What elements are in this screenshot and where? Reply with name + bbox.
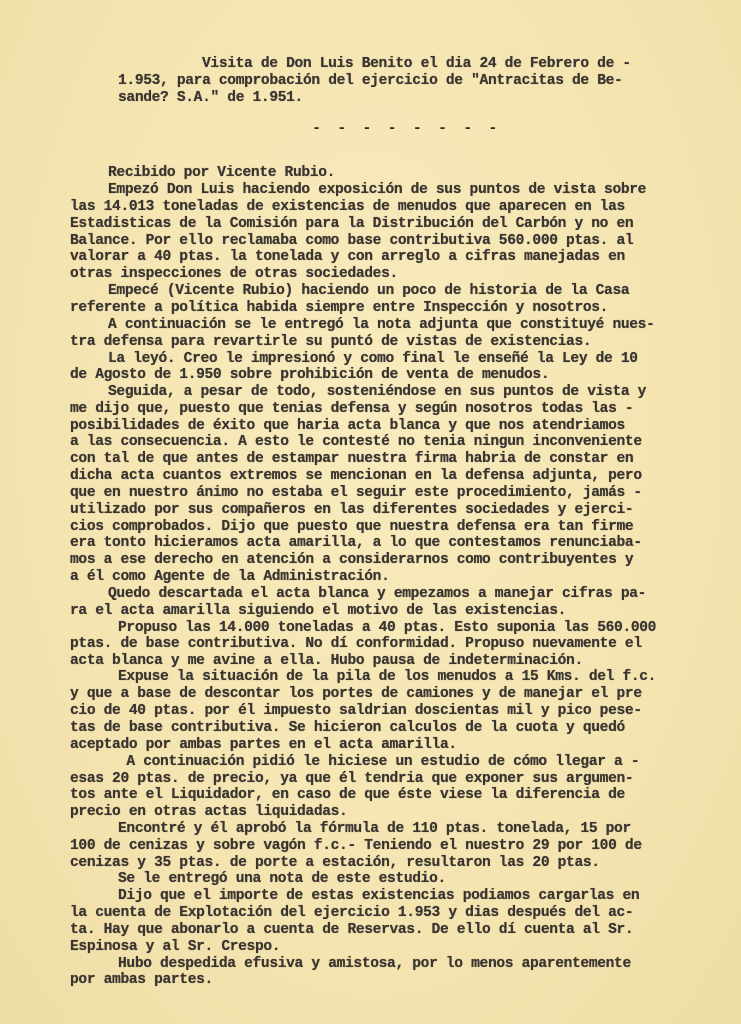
body-line: la cuenta de Explotación del ejercicio 1… xyxy=(70,905,633,921)
body-line: por ambas partes. xyxy=(70,972,213,988)
body-line: acta blanca y me avine a ella. Hubo paus… xyxy=(70,653,583,669)
body-line: tra defensa para revartirle su puntó de … xyxy=(70,334,591,350)
heading-line-3: sande? S.A." de 1.951. xyxy=(118,90,303,106)
body-line: me dijo que, puesto que tenias defensa y… xyxy=(70,401,633,417)
body-line: Expuse la situación de la pila de los me… xyxy=(118,669,656,685)
body-line: mos a ese derecho en atención a consider… xyxy=(70,552,633,568)
body-line: Recibido por Vicente Rubio. xyxy=(108,165,335,181)
body-line: de Agosto de 1.950 sobre prohibición de … xyxy=(70,367,549,383)
body-line: valorar a 40 ptas. la tonelada y con arr… xyxy=(70,249,625,265)
body-line: Balance. Por ello reclamaba como base co… xyxy=(70,233,633,249)
typewritten-page: Visita de Don Luis Benito el dia 24 de F… xyxy=(0,0,741,1024)
body-line: cenizas y 35 ptas. de porte a estación, … xyxy=(70,855,600,871)
body-line: las 14.013 toneladas de existencias de m… xyxy=(70,199,625,215)
body-line: cio de 40 ptas. por él impuesto saldrian… xyxy=(70,703,642,719)
body-line: Seguida, a pesar de todo, sosteniéndose … xyxy=(108,384,646,400)
body-line: Dijo que el importe de estas existencias… xyxy=(118,888,639,904)
body-line: a él como Agente de la Administración. xyxy=(70,569,390,585)
body-line: Hubo despedida efusiva y amistosa, por l… xyxy=(118,956,631,972)
body-line: ta. Hay que abonarlo a cuenta de Reserva… xyxy=(70,922,633,938)
body-line: Estadisticas de la Comisión para la Dist… xyxy=(70,216,633,232)
body-line: utilizado por sus compañeros en las dife… xyxy=(70,502,633,518)
body-line: precio en otras actas liquidadas. xyxy=(70,804,347,820)
body-line: 100 de cenizas y sobre vagón f.c.- Tenie… xyxy=(70,838,642,854)
body-line: a las consecuencia. A esto le contesté n… xyxy=(70,434,642,450)
body-line: Se le entregó una nota de este estudio. xyxy=(118,871,446,887)
heading-line-1: Visita de Don Luis Benito el dia 24 de F… xyxy=(202,56,631,72)
body-line: Empezó Don Luis haciendo exposición de s… xyxy=(108,182,646,198)
heading-line-2: 1.953, para comprobación del ejercicio d… xyxy=(118,73,622,89)
body-line: tos ante el Liquidador, en caso de que é… xyxy=(70,787,625,803)
body-line: La leyó. Creo le impresionó y como final… xyxy=(108,351,638,367)
body-line: aceptado por ambas partes en el acta ama… xyxy=(70,737,457,753)
body-line: tas de base contributiva. Se hicieron ca… xyxy=(70,720,625,736)
body-line: posibilidades de éxito que haria acta bl… xyxy=(70,418,625,434)
body-line: Espinosa y al Sr. Crespo. xyxy=(70,939,280,955)
body-line: ptas. de base contributiva. No dí confor… xyxy=(70,636,642,652)
body-line: Encontré y él aprobó la fórmula de 110 p… xyxy=(118,821,631,837)
body-line: y que a base de descontar los portes de … xyxy=(70,686,642,702)
body-line: Propuso las 14.000 toneladas a 40 ptas. … xyxy=(118,620,656,636)
body-line: otras inspecciones de otras sociedades. xyxy=(70,266,398,282)
body-line: Empecé (Vicente Rubio) haciendo un poco … xyxy=(108,283,629,299)
body-line: con tal de que antes de estampar nuestra… xyxy=(70,451,633,467)
body-line: A continuación se le entregó la nota adj… xyxy=(108,317,655,333)
body-line: ra el acta amarilla siguiendo el motivo … xyxy=(70,603,566,619)
body-line: dicha acta cuantos extremos se mencionan… xyxy=(70,468,642,484)
body-line: que en nuestro ánimo no estaba el seguir… xyxy=(70,485,642,501)
body-line: esas 20 ptas. de precio, ya que él tendr… xyxy=(70,771,633,787)
body-line: A continuación pidió le hiciese un estud… xyxy=(118,754,639,770)
body-line: Quedo descartada el acta blanca y empeza… xyxy=(108,586,646,602)
separator-dashes: - - - - - - - - xyxy=(312,120,501,137)
body-line: cios comprobados. Dijo que puesto que nu… xyxy=(70,519,633,535)
body-line: era tonto hicieramos acta amarilla, a lo… xyxy=(70,535,642,551)
body-line: referente a política habida siempre entr… xyxy=(70,300,608,316)
